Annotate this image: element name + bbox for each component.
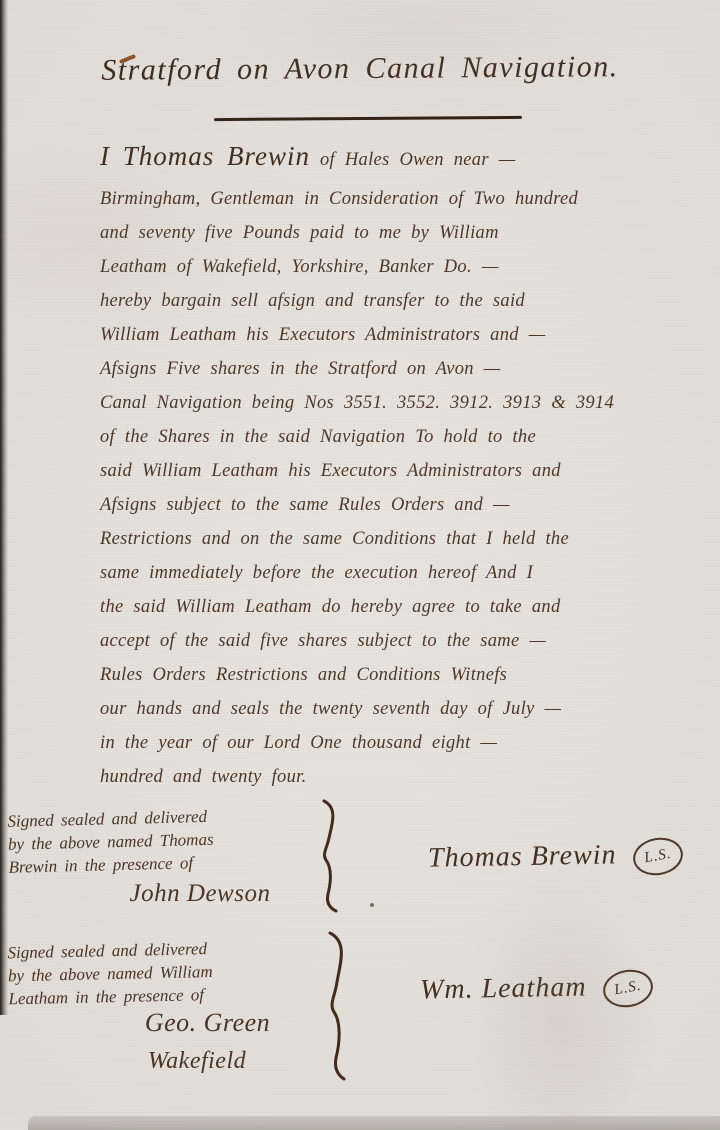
document-title: Stratford on Avon Canal Navigation. bbox=[0, 49, 720, 88]
body-line: hundred and twenty four. bbox=[100, 760, 686, 794]
witness-signature-green: Geo. Green bbox=[100, 1008, 315, 1038]
body-line: hereby bargain sell afsign and transfer … bbox=[100, 284, 686, 318]
opening-phrase: I Thomas Brewin bbox=[100, 141, 310, 171]
body-line: Birmingham, Gentleman in Consideration o… bbox=[100, 182, 686, 216]
seal-mark: L.S. bbox=[600, 966, 656, 1011]
brace-mark bbox=[322, 930, 358, 1082]
scan-left-edge-shadow bbox=[0, 0, 8, 1015]
body-line: Rules Orders Restrictions and Conditions… bbox=[100, 658, 686, 692]
witness-place: Wakefield bbox=[92, 1048, 302, 1075]
ink-dot-mark bbox=[370, 903, 374, 907]
body-line: in the year of our Lord One thousand eig… bbox=[100, 726, 686, 760]
body-line: same immediately before the execution he… bbox=[100, 556, 686, 590]
seal-mark: L.S. bbox=[630, 834, 686, 879]
body-line: Afsigns subject to the same Rules Orders… bbox=[100, 488, 686, 522]
body-line: the said William Leatham do hereby agree… bbox=[100, 590, 686, 624]
body-line: and seventy five Pounds paid to me by Wi… bbox=[100, 216, 686, 250]
attestation-statement-brewin: Signed sealed and delivered by the above… bbox=[7, 802, 319, 879]
body-line: accept of the said five shares subject t… bbox=[100, 624, 686, 658]
party-signature: Thomas Brewin bbox=[428, 839, 617, 874]
body-line: Afsigns Five shares in the Stratford on … bbox=[100, 352, 686, 386]
deed-body-text: I Thomas Brewin of Hales Owen near — Bir… bbox=[100, 134, 686, 794]
body-line: of the Shares in the said Navigation To … bbox=[100, 420, 686, 454]
title-underline bbox=[214, 116, 522, 121]
body-line: I Thomas Brewin of Hales Owen near — bbox=[100, 134, 686, 182]
witness-signature-dewson: John Dewson bbox=[95, 880, 305, 908]
body-line: Leatham of Wakefield, Yorkshire, Banker … bbox=[100, 250, 686, 284]
manuscript-page: Stratford on Avon Canal Navigation. I Th… bbox=[0, 0, 720, 1130]
body-line: Canal Navigation being Nos 3551. 3552. 3… bbox=[100, 386, 686, 420]
body-line: Restrictions and on the same Conditions … bbox=[100, 522, 686, 556]
body-line: said William Leatham his Executors Admin… bbox=[100, 454, 686, 488]
party-signature: Wm. Leatham bbox=[420, 971, 587, 1006]
scan-bottom-edge-shadow bbox=[28, 1116, 720, 1130]
body-line: our hands and seals the twenty seventh d… bbox=[100, 692, 686, 726]
signature-row-brewin: Thomas Brewin L.S. bbox=[428, 838, 683, 875]
attestation-statement-leatham: Signed sealed and delivered by the above… bbox=[7, 935, 324, 1011]
brace-mark bbox=[316, 798, 348, 914]
signature-row-leatham: Wm. Leatham L.S. bbox=[420, 970, 653, 1007]
body-line: William Leatham his Executors Administra… bbox=[100, 318, 686, 352]
opening-rest: of Hales Owen near — bbox=[310, 150, 516, 170]
